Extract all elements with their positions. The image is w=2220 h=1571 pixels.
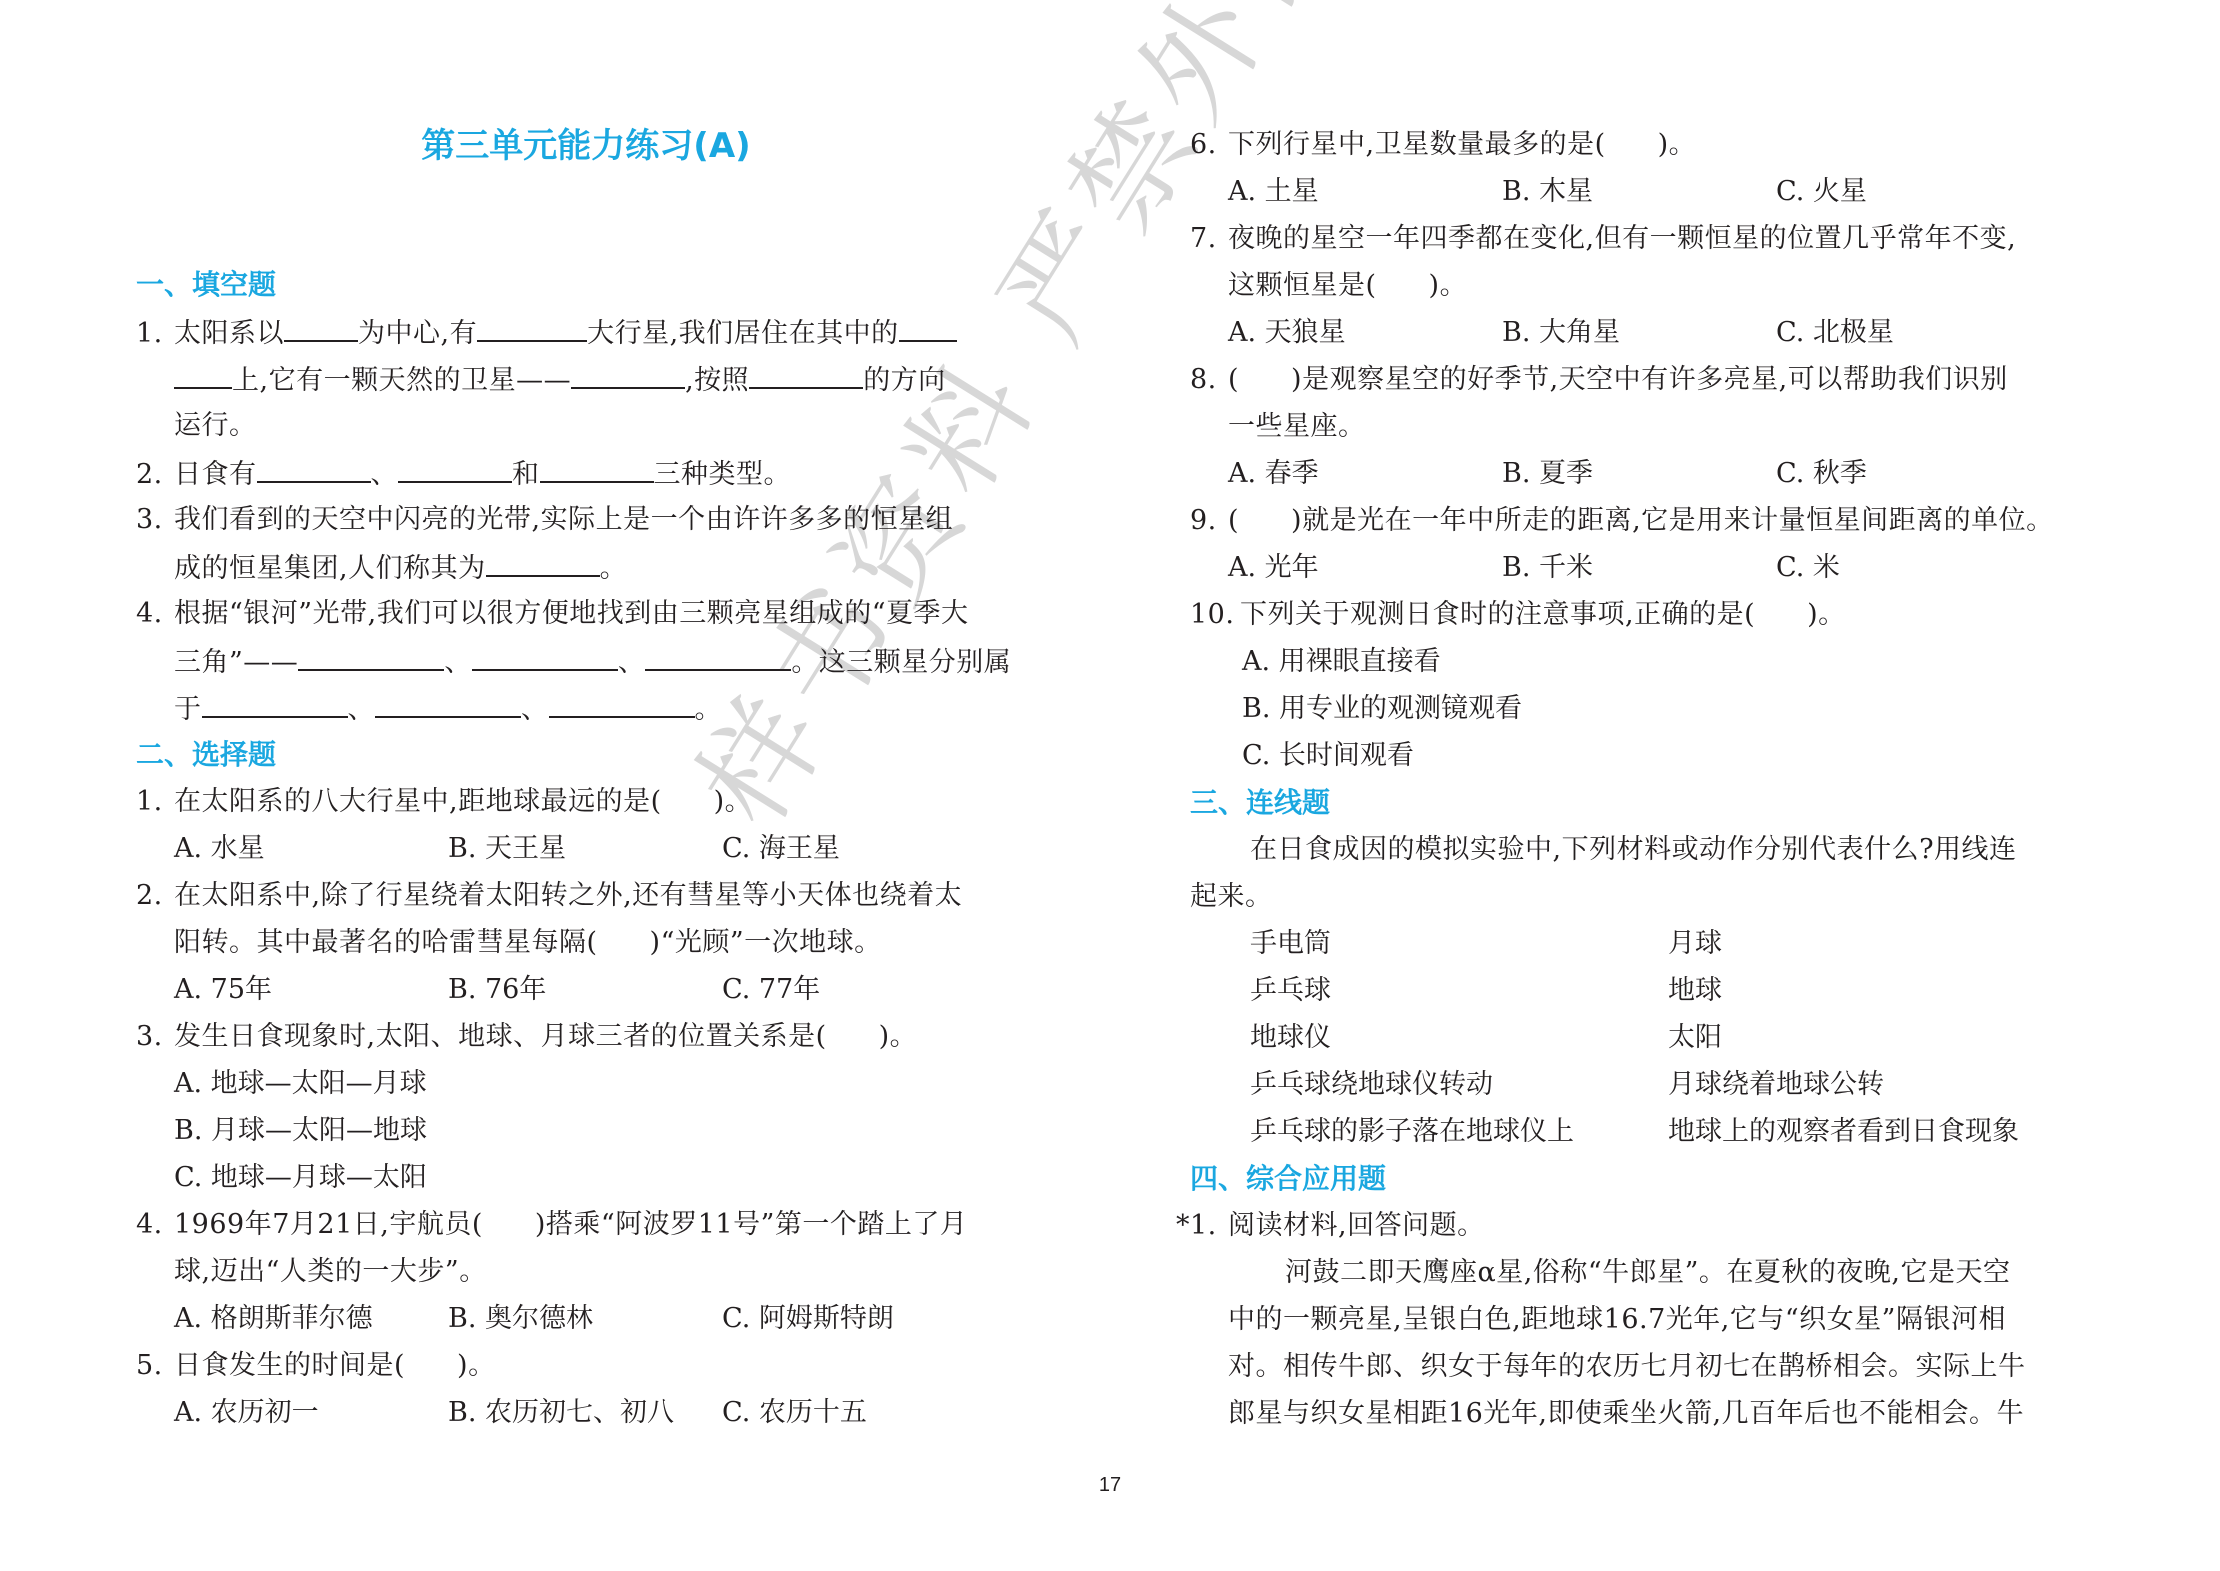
option-a[interactable]: A. 土星	[1228, 174, 1319, 210]
mc-q3: 3.发生日食现象时,太阳、地球、月球三者的位置关系是()。	[136, 1019, 917, 1055]
text: 太阳系以	[174, 318, 284, 349]
option-c[interactable]: C. 77年	[722, 972, 820, 1008]
worksheet-page: 样书资料 严禁外传 第三单元能力练习(A) 一、填空题 1.太阳系以为中心,有大…	[0, 0, 2220, 1571]
match-left-item[interactable]: 乒乓球绕地球仪转动	[1250, 1067, 1493, 1103]
mc-q2-line2: 阳转。其中最著名的哈雷彗星每隔()“光顾”一次地球。	[136, 925, 882, 961]
fill-q1-line1: 1.太阳系以为中心,有大行星,我们居住在其中的	[136, 314, 957, 352]
option-b[interactable]: B. 夏季	[1502, 456, 1593, 492]
question-number: 9.	[1190, 503, 1228, 539]
text: 夜晚的星空一年四季都在变化,但有一颗恒星的位置几乎常年不变,	[1228, 223, 2016, 254]
answer-blank[interactable]	[472, 643, 618, 671]
answer-blank[interactable]	[398, 455, 512, 483]
option-b[interactable]: B. 千米	[1502, 550, 1593, 586]
question-number: 7.	[1190, 221, 1228, 257]
text: 在太阳系的八大行星中,距地球最远的是(	[174, 786, 662, 817]
question-number: 5.	[136, 1348, 174, 1384]
option-c[interactable]: C. 长时间观看	[1242, 738, 1414, 774]
text: 根据“银河”光带,我们可以很方便地找到由三颗亮星组成的“夏季大	[174, 598, 969, 629]
option-a[interactable]: A. 用裸眼直接看	[1242, 644, 1441, 680]
question-number: 1.	[136, 784, 174, 820]
answer-blank[interactable]	[549, 690, 695, 718]
option-b[interactable]: B. 月球—太阳—地球	[174, 1113, 427, 1149]
text: 日食有	[174, 459, 257, 490]
text: )就是光在一年中所走的距离,它是用来计量恒星间距离的单位。	[1291, 505, 2054, 536]
text: 、	[371, 459, 399, 490]
answer-blank[interactable]	[477, 314, 587, 342]
section-heading-application: 四、综合应用题	[1190, 1161, 1386, 1197]
fill-q3-line2: 成的恒星集团,人们称其为。	[136, 549, 627, 587]
option-b[interactable]: B. 农历初七、初八	[448, 1395, 674, 1431]
answer-blank[interactable]	[749, 361, 863, 389]
fill-q1-line2: 上,它有一颗天然的卫星——,按照的方向	[136, 361, 946, 399]
text: 阳转。其中最著名的哈雷彗星每隔(	[174, 927, 598, 958]
question-number: 4.	[136, 596, 174, 632]
text: 下列关于观测日食时的注意事项,正确的是(	[1240, 599, 1755, 630]
fill-q2: 2.日食有、和三种类型。	[136, 455, 791, 493]
text: )。	[714, 786, 753, 817]
option-c[interactable]: C. 阿姆斯特朗	[722, 1301, 894, 1337]
text: 于	[174, 694, 202, 725]
option-a[interactable]: A. 水星	[174, 831, 265, 867]
answer-blank[interactable]	[571, 361, 685, 389]
option-c[interactable]: C. 农历十五	[722, 1395, 867, 1431]
option-b[interactable]: B. 木星	[1502, 174, 1593, 210]
text: )“光顾”一次地球。	[650, 927, 882, 958]
option-a[interactable]: A. 地球—太阳—月球	[174, 1066, 427, 1102]
text: 成的恒星集团,人们称其为	[174, 553, 486, 584]
answer-blank[interactable]	[375, 690, 521, 718]
match-left-item[interactable]: 乒乓球的影子落在地球仪上	[1250, 1114, 1574, 1150]
text: 、	[618, 647, 646, 678]
mc-q6: 6.下列行星中,卫星数量最多的是()。	[1190, 127, 1696, 163]
mc-q2-line1: 2.在太阳系中,除了行星绕着太阳转之外,还有彗星等小天体也绕着太	[136, 878, 962, 914]
option-c[interactable]: C. 米	[1776, 550, 1840, 586]
page-number: 17	[0, 1474, 2220, 1497]
answer-blank[interactable]	[202, 690, 348, 718]
text: )是观察星空的好季节,天空中有许多亮星,可以帮助我们识别	[1291, 364, 2008, 395]
mc-q10: 10.下列关于观测日食时的注意事项,正确的是()。	[1190, 597, 1846, 633]
mc-q8-line2: 一些星座。	[1190, 409, 1366, 445]
passage-line: 郎星与织女星相距16光年,即使乘坐火箭,几百年后也不能相会。牛	[1190, 1396, 2024, 1432]
text: 三种类型。	[654, 459, 792, 490]
text: )。	[1658, 129, 1697, 160]
text: 阅读材料,回答问题。	[1228, 1210, 1485, 1241]
mc-q5: 5.日食发生的时间是()。	[136, 1348, 496, 1384]
match-left-item[interactable]: 地球仪	[1250, 1020, 1331, 1056]
fill-q4-line2: 三角”——、、。这三颗星分别属	[136, 643, 1011, 681]
text: 的方向	[863, 365, 946, 396]
option-c[interactable]: C. 秋季	[1776, 456, 1867, 492]
option-a[interactable]: A. 光年	[1228, 550, 1319, 586]
text: )。	[1429, 270, 1468, 301]
question-number: 6.	[1190, 127, 1228, 163]
option-c[interactable]: C. 地球—月球—太阳	[174, 1160, 427, 1196]
option-c[interactable]: C. 北极星	[1776, 315, 1894, 351]
answer-blank[interactable]	[257, 455, 371, 483]
text: 发生日食现象时,太阳、地球、月球三者的位置关系是(	[174, 1021, 827, 1052]
app-q1-prompt: *1.阅读材料,回答问题。	[1190, 1208, 1485, 1244]
match-right-item[interactable]: 太阳	[1668, 1020, 1722, 1056]
text: 和	[512, 459, 540, 490]
text: 在太阳系中,除了行星绕着太阳转之外,还有彗星等小天体也绕着太	[174, 880, 962, 911]
answer-blank[interactable]	[284, 314, 358, 342]
matching-intro-line2: 起来。	[1190, 879, 1273, 915]
text: 这颗恒星是(	[1228, 270, 1377, 301]
text: )搭乘“阿波罗11号”第一个踏上了月	[535, 1209, 968, 1240]
text: 三角”——	[174, 647, 298, 678]
mc-q7-line1: 7.夜晚的星空一年四季都在变化,但有一颗恒星的位置几乎常年不变,	[1190, 221, 2016, 257]
matching-intro-line1: 在日食成因的模拟实验中,下列材料或动作分别代表什么?用线连	[1250, 832, 2017, 868]
section-heading-multiple-choice: 二、选择题	[136, 737, 276, 773]
fill-q1-line3: 运行。	[136, 408, 257, 444]
text: 1969年7月21日,宇航员(	[174, 1209, 483, 1240]
passage-line: 河鼓二即天鹰座α星,俗称“牛郎星”。在夏秋的夜晚,它是天空	[1285, 1255, 2011, 1291]
match-right-item[interactable]: 地球	[1668, 973, 1722, 1009]
question-number: 3.	[136, 1019, 174, 1055]
question-number: 3.	[136, 502, 174, 538]
match-right-item[interactable]: 月球绕着地球公转	[1668, 1067, 1884, 1103]
text: ,按照	[685, 365, 749, 396]
passage-line: 对。相传牛郎、织女于每年的农历七月初七在鹊桥相会。实际上牛	[1190, 1349, 2026, 1385]
answer-blank[interactable]	[540, 455, 654, 483]
text: )。	[879, 1021, 918, 1052]
question-number: 1.	[136, 316, 174, 352]
option-c[interactable]: C. 火星	[1776, 174, 1867, 210]
answer-blank[interactable]	[899, 314, 957, 342]
answer-blank[interactable]	[645, 643, 791, 671]
text: 。这三颗星分别属	[791, 647, 1011, 678]
question-number: 2.	[136, 878, 174, 914]
question-number: 4.	[136, 1207, 174, 1243]
question-number: 10.	[1190, 597, 1240, 633]
text: 为中心,有	[358, 318, 477, 349]
text: 、	[521, 694, 549, 725]
answer-blank[interactable]	[486, 549, 600, 577]
text: 。	[695, 694, 723, 725]
option-b[interactable]: B. 奥尔德林	[448, 1301, 593, 1337]
mc-q8-line1: 8.()是观察星空的好季节,天空中有许多亮星,可以帮助我们识别	[1190, 362, 2008, 398]
answer-blank[interactable]	[174, 361, 232, 389]
text: )。	[457, 1350, 496, 1381]
text: 上,它有一颗天然的卫星——	[232, 365, 571, 396]
match-left-item[interactable]: 乒乓球	[1250, 973, 1331, 1009]
fill-q4-line1: 4.根据“银河”光带,我们可以很方便地找到由三颗亮星组成的“夏季大	[136, 596, 969, 632]
option-a[interactable]: A. 天狼星	[1228, 315, 1346, 351]
text: 大行星,我们居住在其中的	[587, 318, 899, 349]
mc-q9: 9.()就是光在一年中所走的距离,它是用来计量恒星间距离的单位。	[1190, 503, 2054, 539]
answer-blank[interactable]	[298, 643, 444, 671]
mc-q1: 1.在太阳系的八大行星中,距地球最远的是()。	[136, 784, 752, 820]
option-b[interactable]: B. 76年	[448, 972, 546, 1008]
option-a[interactable]: A. 格朗斯菲尔德	[174, 1301, 373, 1337]
fill-q3-line1: 3.我们看到的天空中闪亮的光带,实际上是一个由许许多多的恒星组	[136, 502, 953, 538]
fill-q4-line3: 于、、。	[136, 690, 722, 728]
text: 我们看到的天空中闪亮的光带,实际上是一个由许许多多的恒星组	[174, 504, 953, 535]
section-heading-matching: 三、连线题	[1190, 785, 1330, 821]
page-title: 第三单元能力练习(A)	[136, 126, 1036, 166]
text: 日食发生的时间是(	[174, 1350, 405, 1381]
match-right-item[interactable]: 地球上的观察者看到日食现象	[1668, 1114, 2019, 1150]
question-number: *1.	[1176, 1208, 1228, 1244]
text: 、	[348, 694, 376, 725]
option-c[interactable]: C. 海王星	[722, 831, 840, 867]
text: (	[1228, 364, 1239, 395]
question-number: 8.	[1190, 362, 1228, 398]
question-number: 2.	[136, 457, 174, 493]
mc-q7-line2: 这颗恒星是()。	[1190, 268, 1467, 304]
match-left-item[interactable]: 手电筒	[1250, 926, 1331, 962]
option-b[interactable]: B. 大角星	[1502, 315, 1620, 351]
text: 、	[444, 647, 472, 678]
mc-q4-line2: 球,迈出“人类的一大步”。	[136, 1254, 487, 1290]
passage-line: 中的一颗亮星,呈银白色,距地球16.7光年,它与“织女星”隔银河相	[1190, 1302, 2006, 1338]
text: 。	[600, 553, 628, 584]
text: 下列行星中,卫星数量最多的是(	[1228, 129, 1606, 160]
option-b[interactable]: B. 天王星	[448, 831, 566, 867]
mc-q4-line1: 4.1969年7月21日,宇航员()搭乘“阿波罗11号”第一个踏上了月	[136, 1207, 967, 1243]
text: (	[1228, 505, 1239, 536]
option-a[interactable]: A. 春季	[1228, 456, 1319, 492]
option-a[interactable]: A. 农历初一	[174, 1395, 319, 1431]
text: )。	[1807, 599, 1846, 630]
option-a[interactable]: A. 75年	[174, 972, 272, 1008]
match-right-item[interactable]: 月球	[1668, 926, 1722, 962]
option-b[interactable]: B. 用专业的观测镜观看	[1242, 691, 1522, 727]
section-heading-fill-blank: 一、填空题	[136, 267, 276, 303]
